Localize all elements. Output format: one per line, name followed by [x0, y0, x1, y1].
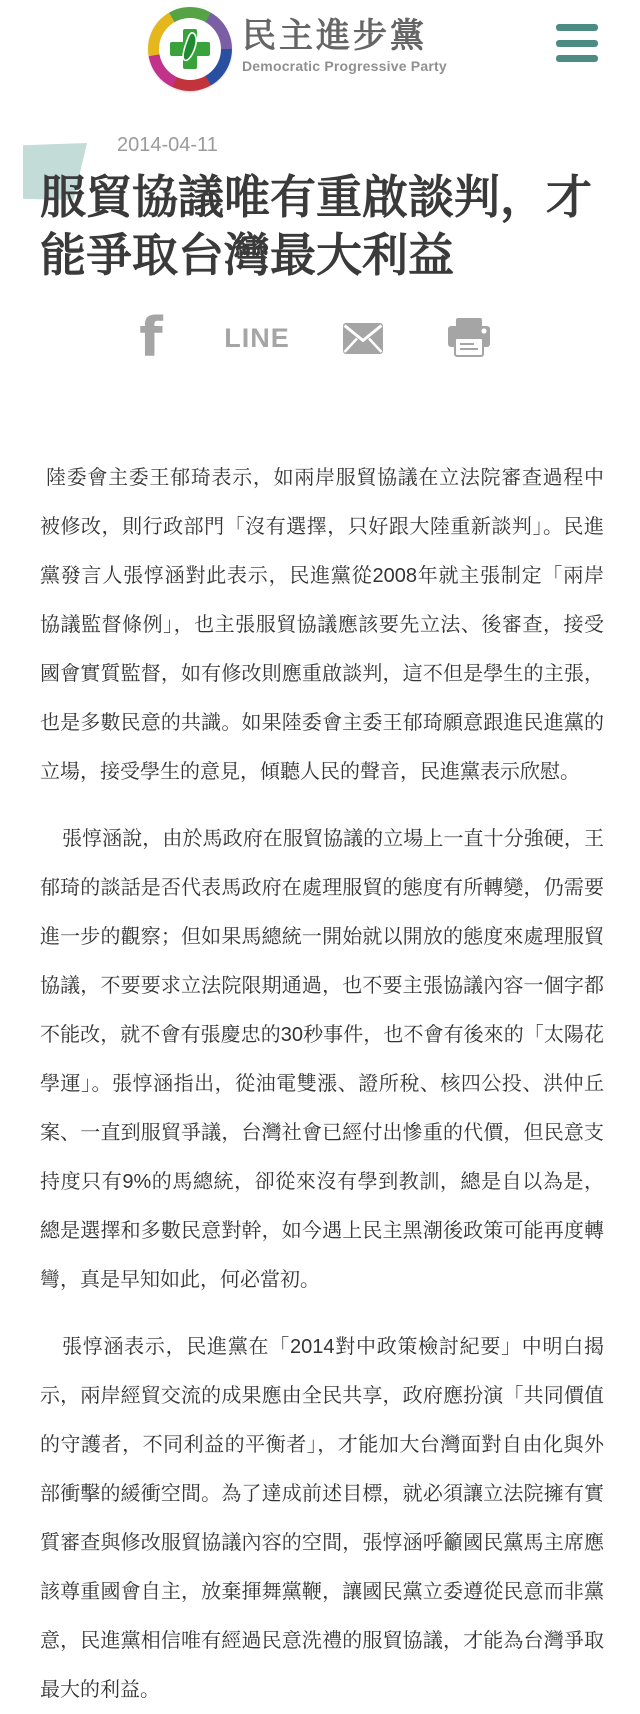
- green-cross-taiwan-icon: [166, 25, 214, 73]
- dpp-logo-icon: [148, 7, 232, 91]
- email-icon: [343, 323, 383, 354]
- party-name-block: 民主進步黨 Democratic Progressive Party: [242, 17, 447, 74]
- party-name-en: Democratic Progressive Party: [242, 58, 447, 74]
- hamburger-menu-icon: [556, 40, 598, 47]
- line-icon: LINE: [224, 323, 290, 354]
- dpp-logo-center: [159, 18, 221, 80]
- site-header: 民主進步黨 Democratic Progressive Party: [0, 0, 640, 100]
- party-name-zh: 民主進步黨: [242, 17, 447, 55]
- home-logo-link[interactable]: 民主進步黨 Democratic Progressive Party: [148, 7, 447, 91]
- facebook-icon: f: [139, 310, 163, 366]
- facebook-share-button[interactable]: f: [128, 310, 174, 366]
- article-header: 2014-04-11 服貿協議唯有重啟談判，才能爭取台灣最大利益: [0, 134, 640, 284]
- article-body: 陸委會主委王郁琦表示，如兩岸服貿協議在立法院審查過程中被修改，則行政部門「沒有選…: [0, 454, 640, 1714]
- hamburger-menu-icon: [556, 55, 598, 62]
- hamburger-menu-icon: [556, 24, 598, 31]
- email-share-button[interactable]: [340, 310, 386, 366]
- article-date: 2014-04-11: [117, 134, 640, 156]
- print-icon: [448, 318, 490, 358]
- page: 民主進步黨 Democratic Progressive Party 2014-…: [0, 0, 640, 1714]
- paragraph: 張惇涵表示，民進黨在「2014對中政策檢討紀要」中明白揭示，兩岸經貿交流的成果應…: [40, 1323, 604, 1714]
- line-share-button[interactable]: LINE: [234, 310, 280, 366]
- paragraph: 張惇涵說，由於馬政府在服貿協議的立場上一直十分強硬，王郁琦的談話是否代表馬政府在…: [40, 815, 604, 1305]
- article-title: 服貿協議唯有重啟談判，才能爭取台灣最大利益: [40, 168, 604, 284]
- share-row: f LINE: [128, 310, 640, 366]
- paragraph: 陸委會主委王郁琦表示，如兩岸服貿協議在立法院審查過程中被修改，則行政部門「沒有選…: [40, 454, 604, 797]
- menu-button[interactable]: [556, 23, 600, 63]
- print-share-button[interactable]: [446, 310, 492, 366]
